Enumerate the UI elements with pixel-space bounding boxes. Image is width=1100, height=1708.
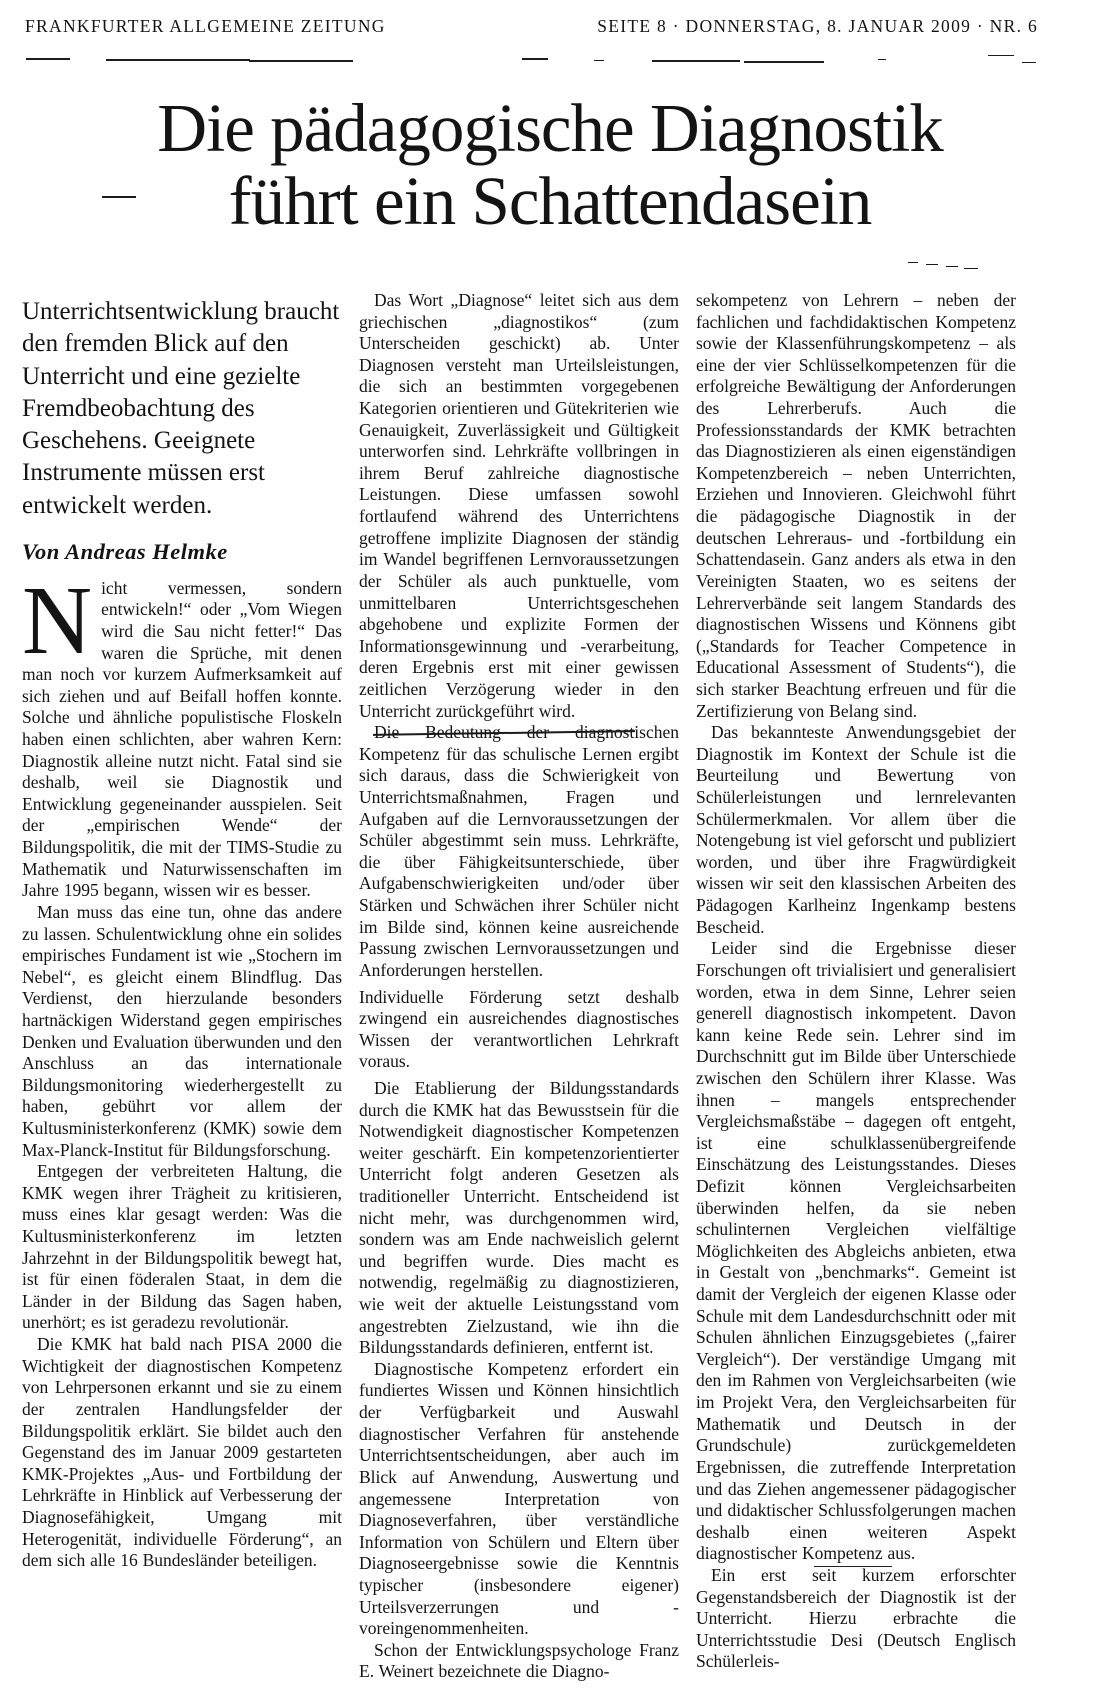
dropcap: N bbox=[22, 578, 101, 659]
column-right: sekompetenz von Lehrern – neben der fach… bbox=[696, 290, 1016, 1683]
paragraph: Die KMK hat bald nach PISA 2000 die Wich… bbox=[22, 1334, 342, 1572]
scan-artifact bbox=[964, 268, 978, 269]
column-middle: Das Wort „Diagnose“ leitet sich aus dem … bbox=[359, 290, 679, 1683]
masthead-rule-segment bbox=[249, 60, 353, 62]
headline: Die pädagogische Diagnostik führt ein Sc… bbox=[40, 92, 1060, 238]
scan-artifact bbox=[946, 266, 958, 267]
scan-artifact bbox=[102, 196, 136, 198]
masthead-page-info: SEITE 8 · DONNERSTAG, 8. JANUAR 2009 · N… bbox=[597, 16, 1038, 37]
masthead-rule-segment bbox=[106, 59, 250, 61]
article-lead: Unterrichtsentwicklung braucht den fremd… bbox=[22, 296, 342, 522]
paragraph: Man muss das eine tun, ohne das andere z… bbox=[22, 902, 342, 1161]
masthead-rule-segment bbox=[988, 55, 1014, 56]
paragraph: Das bekannteste Anwendungsgebiet der Dia… bbox=[696, 722, 1016, 938]
masthead-rule-segment bbox=[652, 60, 740, 62]
paragraph: Das Wort „Diagnose“ leitet sich aus dem … bbox=[359, 290, 679, 722]
paragraph: Entgegen der verbreiteten Haltung, die K… bbox=[22, 1161, 342, 1334]
scan-artifact bbox=[926, 264, 938, 265]
masthead: FRANKFURTER ALLGEMEINE ZEITUNG SEITE 8 ·… bbox=[25, 16, 1038, 37]
paragraph: Schon der Entwicklungspsychologe Franz E… bbox=[359, 1640, 679, 1683]
column-left: Unterrichtsentwicklung braucht den fremd… bbox=[22, 290, 342, 1683]
paragraph: Individuelle Förderung setzt deshalb zwi… bbox=[359, 987, 679, 1073]
masthead-rule-segment bbox=[1022, 62, 1036, 63]
paragraph: Ein erst seit kurzem erforschter Gegenst… bbox=[696, 1565, 1016, 1673]
headline-line-2: führt ein Schattendasein bbox=[40, 165, 1060, 238]
paragraph: Diagnostische Kompetenz erfordert ein fu… bbox=[359, 1359, 679, 1640]
masthead-paper-name: FRANKFURTER ALLGEMEINE ZEITUNG bbox=[25, 16, 386, 37]
article-columns: Unterrichtsentwicklung braucht den fremd… bbox=[22, 290, 1016, 1683]
scan-artifact bbox=[908, 262, 918, 263]
newspaper-page: FRANKFURTER ALLGEMEINE ZEITUNG SEITE 8 ·… bbox=[0, 0, 1100, 1708]
paragraph: Nicht vermessen, sondern entwickeln!“ od… bbox=[22, 578, 342, 902]
masthead-rule-segment bbox=[522, 58, 548, 60]
masthead-rule-segment bbox=[26, 58, 70, 60]
byline: Von Andreas Helmke bbox=[22, 539, 342, 565]
paragraph: Die Bedeutung der diagnostischen Kompete… bbox=[359, 722, 679, 981]
headline-line-1: Die pädagogische Diagnostik bbox=[40, 92, 1060, 165]
paragraph: Die Etablierung der Bildungsstandards du… bbox=[359, 1078, 679, 1359]
masthead-rule-segment bbox=[878, 59, 886, 60]
paragraph: sekompetenz von Lehrern – neben der fach… bbox=[696, 290, 1016, 722]
paragraph: Leider sind die Ergebnisse dieser Forsch… bbox=[696, 938, 1016, 1565]
masthead-rule-segment bbox=[594, 60, 604, 61]
masthead-rule-segment bbox=[744, 61, 824, 63]
